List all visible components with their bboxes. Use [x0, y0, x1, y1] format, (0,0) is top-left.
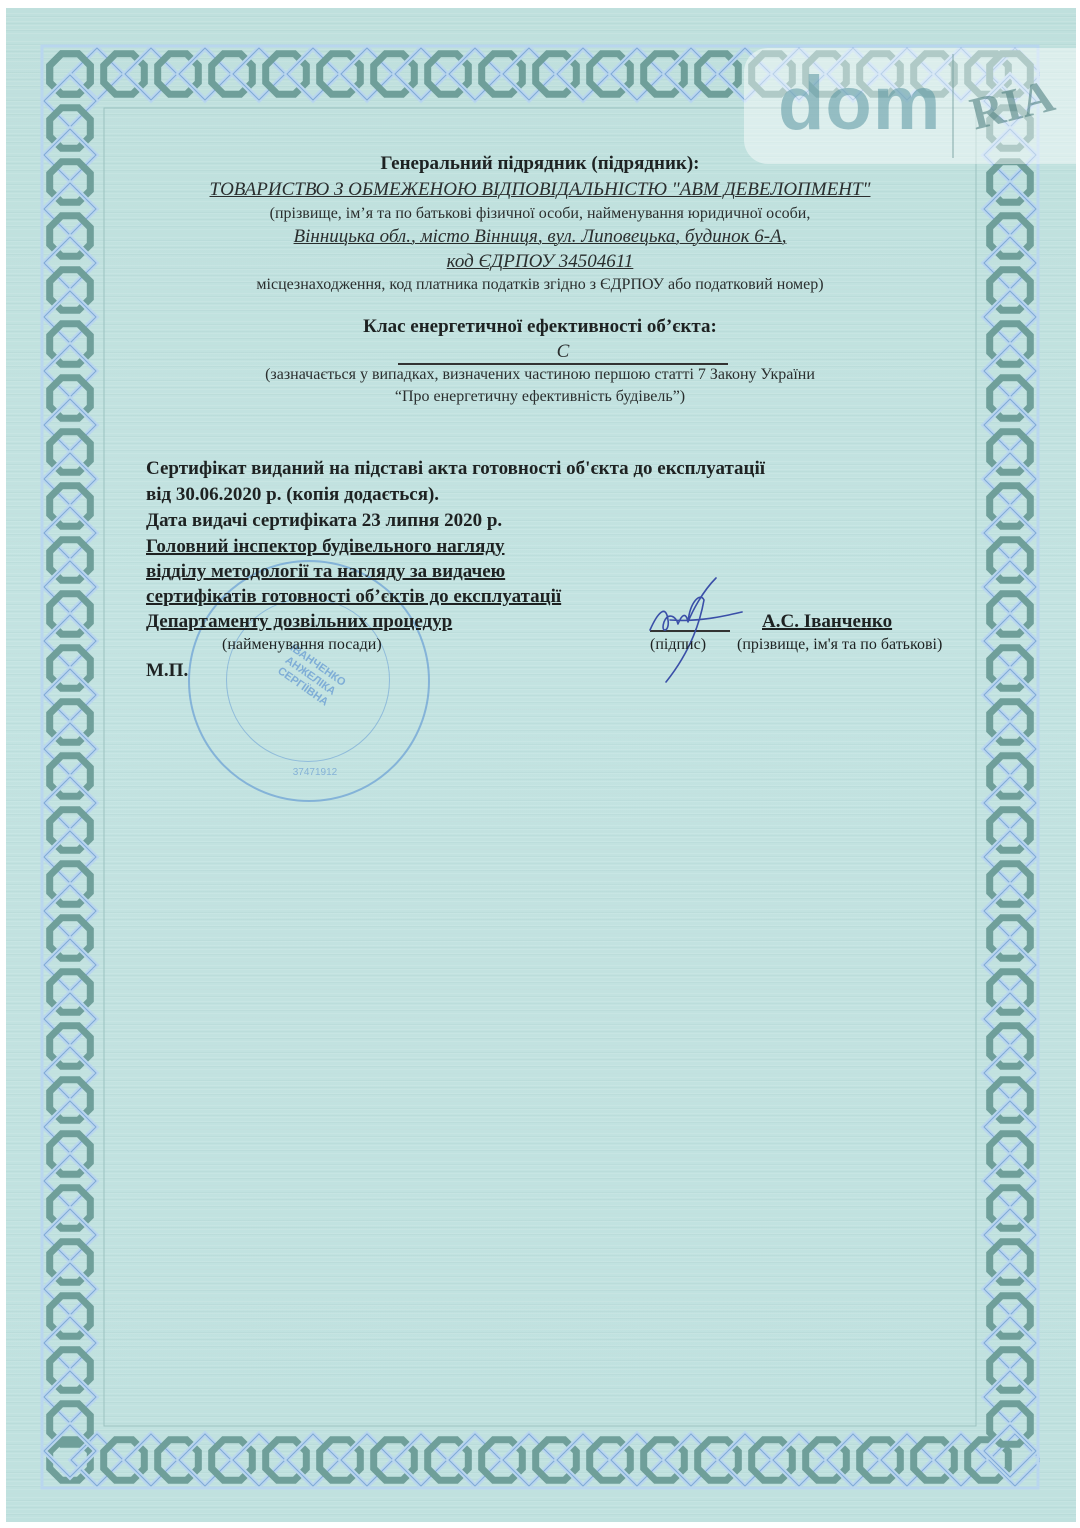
handwritten-signature-icon — [630, 572, 750, 692]
signature-caption: (підпис) — [650, 636, 706, 654]
position-line-2: відділу методології та нагляду за видаче… — [146, 561, 505, 583]
contractor-heading: Генеральний підрядник (підрядник): — [0, 153, 1080, 175]
position-caption: (найменування посади) — [222, 636, 382, 654]
energy-class-note-2: “Про енергетичну ефективність будівель”) — [0, 388, 1080, 406]
issuance-basis-line-2: від 30.06.2020 р. (копія додається). — [146, 484, 439, 506]
stamp-code: 37471912 — [260, 767, 370, 778]
issue-date: Дата видачі сертифіката 23 липня 2020 р. — [146, 510, 502, 532]
seal-label: М.П. — [146, 660, 188, 682]
energy-class-heading: Клас енергетичної ефективності об’єкта: — [0, 316, 1080, 338]
certificate-content: Генеральний підрядник (підрядник): ТОВАР… — [0, 0, 1080, 1528]
name-caption: (прізвище, ім'я та по батькові) — [737, 636, 942, 654]
position-line-4: Департаменту дозвільних процедур — [146, 611, 452, 633]
contractor-address: Вінницька обл., місто Вінниця, вул. Липо… — [0, 226, 1080, 248]
official-name: А.С. Іванченко — [762, 611, 892, 633]
contractor-name-note: (прізвище, ім’я та по батькові фізичної … — [0, 205, 1080, 223]
position-line-3: сертифікатів готовності об’єктів до експ… — [146, 586, 561, 608]
contractor-address-note: місцезнаходження, код платника податків … — [0, 276, 1080, 294]
issuance-basis-line-1: Сертифікат виданий на підставі акта гото… — [146, 458, 765, 480]
contractor-company-name: ТОВАРИСТВО З ОБМЕЖЕНОЮ ВІДПОВІДАЛЬНІСТЮ … — [0, 179, 1080, 201]
energy-class-value: С — [398, 341, 728, 365]
contractor-edrpou: код ЄДРПОУ 34504611 — [0, 251, 1080, 273]
energy-class-note-1: (зазначається у випадках, визначених час… — [0, 366, 1080, 384]
position-line-1: Головний інспектор будівельного нагляду — [146, 536, 504, 558]
